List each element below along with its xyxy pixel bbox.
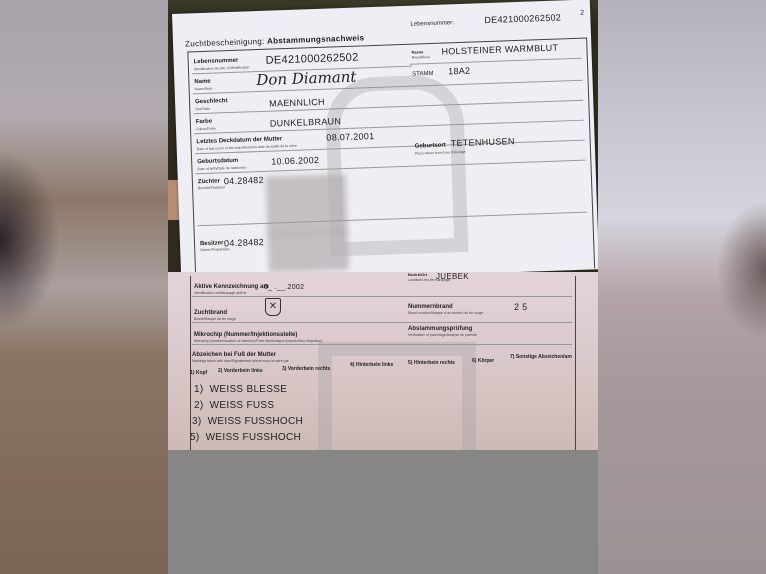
bezirk-label: Bezirk/Ort xyxy=(408,272,427,277)
kennzeichnung-value: 0_ .__.2002 xyxy=(264,284,304,291)
page-number: 2 xyxy=(580,10,584,17)
horse-name-handwritten: Don Diamant xyxy=(256,68,357,89)
nummernbrand-sublabel: Brand number/Marque d'un numéro au fer r… xyxy=(408,311,483,315)
rasse-label: Rasse xyxy=(411,49,423,54)
farbe-label: Farbe xyxy=(196,119,213,126)
certificate-lower-page: Aktive Kennzeichnung am Identification o… xyxy=(168,272,598,450)
geschlecht-label: Geschlecht xyxy=(195,98,228,105)
markings-col-koerper: 6) Körper xyxy=(472,358,494,364)
nummernbrand-value: 2 5 xyxy=(514,302,527,312)
farbe-sublabel: Colour/Robe xyxy=(196,127,216,132)
zuchtbrand-sublabel: Brand/Marque au fer rouge xyxy=(194,317,236,321)
header-lebensnummer: DE421000262502 xyxy=(484,12,561,25)
holsteiner-brand-icon: ✕ xyxy=(265,298,281,316)
markings-label: Abzeichen bei Fuß der Mutter xyxy=(192,352,276,358)
marking-entry: 1) WEISS BLESSE xyxy=(194,384,287,395)
blurred-background-right xyxy=(598,0,766,574)
abstammungspruefung-sublabel: Verification of parentage/Analyse de par… xyxy=(408,333,477,337)
geburtsdatum-value: 10.06.2002 xyxy=(271,155,319,167)
zuechter-label: Züchter xyxy=(198,178,220,185)
rasse-sublabel: Breed/Race xyxy=(412,55,431,60)
kennzeichnung-label: Aktive Kennzeichnung am xyxy=(194,284,269,290)
kennzeichnung-sublabel: Identification on/Marquage actif le xyxy=(194,291,246,295)
zuechter-value: 04.28482 xyxy=(224,175,264,186)
nummernbrand-label: Nummernbrand xyxy=(408,304,453,310)
stamm-value: 18A2 xyxy=(448,66,471,77)
divider xyxy=(192,344,572,345)
name-label: Name xyxy=(194,79,211,86)
markings-col-kopf: 1) Kopf xyxy=(190,370,207,376)
abstammungspruefung-label: Abstammungsprüfung xyxy=(408,326,472,332)
markings-col-hinterbein-rechts: 5) Hinterbein rechts xyxy=(408,360,455,366)
marking-entry: 5) WEISS FUSSHOCH xyxy=(190,432,301,443)
besitzer-value: 04.28482 xyxy=(224,237,264,248)
geburtsort-label: Geburtsort xyxy=(415,143,446,150)
deckdatum-value: 08.07.2001 xyxy=(326,131,374,143)
markings-sublabel: Markings taken with dam/Signalement rele… xyxy=(192,359,289,363)
markings-col-sonstige: 7) Sonstige Abzeichen/am xyxy=(510,354,572,360)
zuchtbrand-label: Zuchtbrand xyxy=(194,310,227,316)
markings-col-hinterbein-links: 4) Hinterbein links xyxy=(350,362,393,368)
gray-letterbox-bar xyxy=(168,450,598,574)
header-lebensnummer-label: Lebensnummer: xyxy=(410,20,454,28)
divider xyxy=(192,296,572,297)
blurred-background-left xyxy=(0,0,168,574)
stamm-label: STAMM xyxy=(412,71,433,78)
besitzer-label: Besitzer xyxy=(200,240,224,247)
bezirk-value: JUEBEK xyxy=(436,272,469,281)
redacted-breeder-info xyxy=(266,174,348,237)
markings-col-vorderbein-rechts: 3) Vorderbein rechts xyxy=(282,366,330,372)
name-sublabel: Name/Nom xyxy=(195,87,213,92)
divider xyxy=(192,322,572,323)
markings-col-vorderbein-links: 2) Vorderbein links xyxy=(218,368,263,374)
mikrochip-label: Mikrochip (Nummer/Injektionsstelle) xyxy=(194,332,297,338)
geschlecht-value: MAENNLICH xyxy=(269,97,325,109)
geschlecht-sublabel: Sex/Sexe xyxy=(195,107,210,112)
marking-entry: 2) WEISS FUSS xyxy=(194,400,274,411)
certificate-upper-page: Zuchtbescheinigung: Abstammungsnachweis … xyxy=(172,0,598,284)
certificate-photo: Zuchtbescheinigung: Abstammungsnachweis … xyxy=(168,0,598,450)
marking-entry: 3) WEISS FUSSHOCH xyxy=(192,416,303,427)
redacted-owner-info xyxy=(268,230,349,273)
mikrochip-sublabel: Microchip (number/location of insertion)… xyxy=(194,339,322,343)
